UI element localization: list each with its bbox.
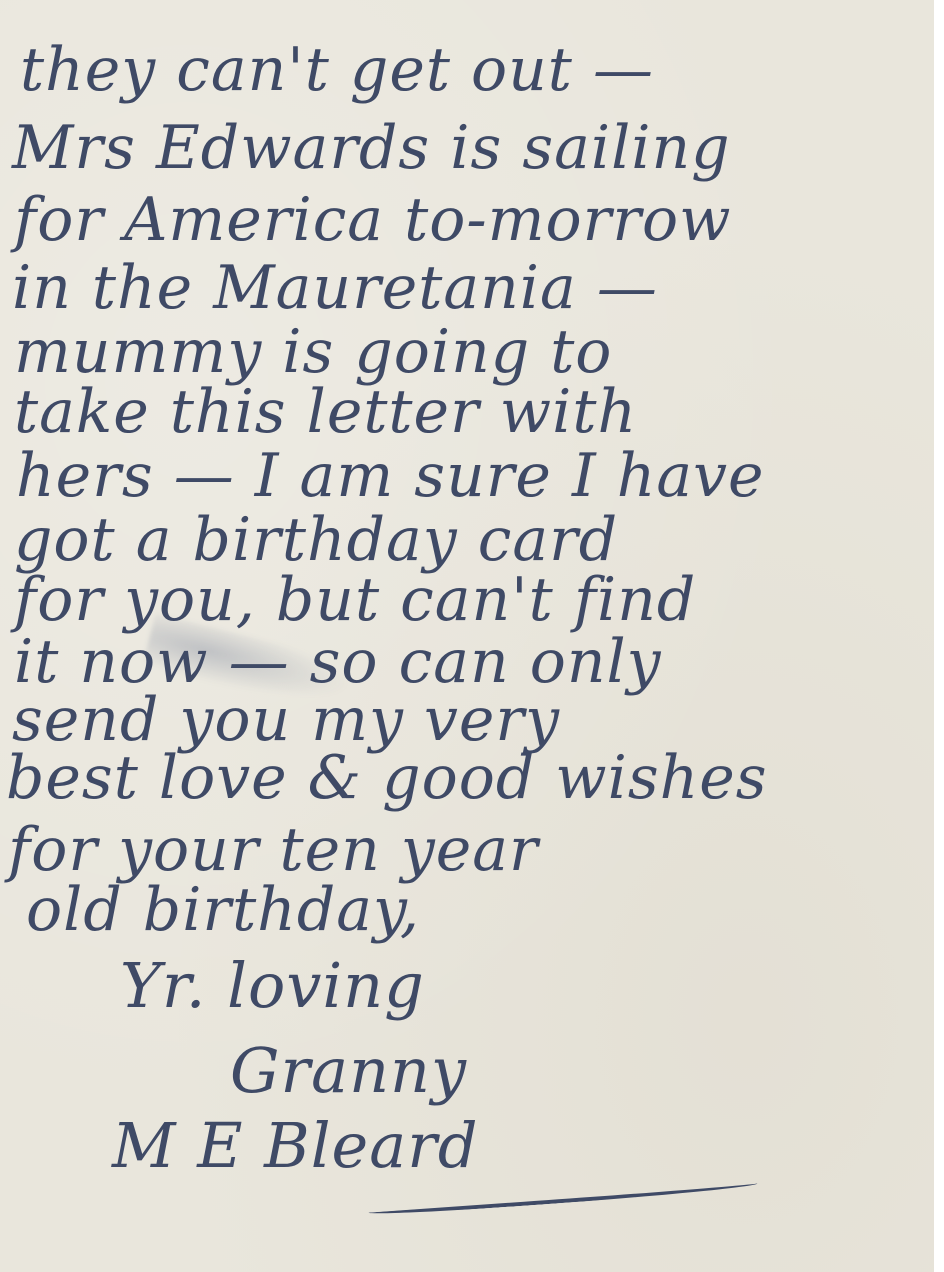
letter-line-14: old birthday,: [26, 880, 420, 940]
letter-line-5: mummy is going to: [14, 322, 612, 382]
letter-line-8: got a birthday card: [14, 510, 618, 570]
signature-underline: [368, 1179, 758, 1216]
letter-line-9: for you, but can't find: [14, 570, 696, 630]
letter-line-13: for your ten year: [8, 820, 539, 880]
valediction: Yr. loving: [120, 955, 425, 1017]
letter-line-10: it now — so can only: [14, 632, 662, 692]
letter-line-1: they can't get out —: [20, 40, 654, 100]
signature-name: Granny: [230, 1040, 467, 1102]
letter-line-12: best love & good wishes: [6, 748, 768, 808]
letter-page: they can't get out — Mrs Edwards is sail…: [0, 0, 934, 1272]
signature: M E Bleard: [112, 1115, 479, 1177]
letter-line-11: send you my very: [12, 690, 560, 750]
letter-line-6: take this letter with: [14, 382, 637, 442]
letter-line-3: for America to-morrow: [14, 190, 732, 250]
letter-line-2: Mrs Edwards is sailing: [12, 118, 731, 178]
letter-line-7: hers — I am sure I have: [16, 446, 765, 506]
letter-line-4: in the Mauretania —: [12, 258, 658, 318]
